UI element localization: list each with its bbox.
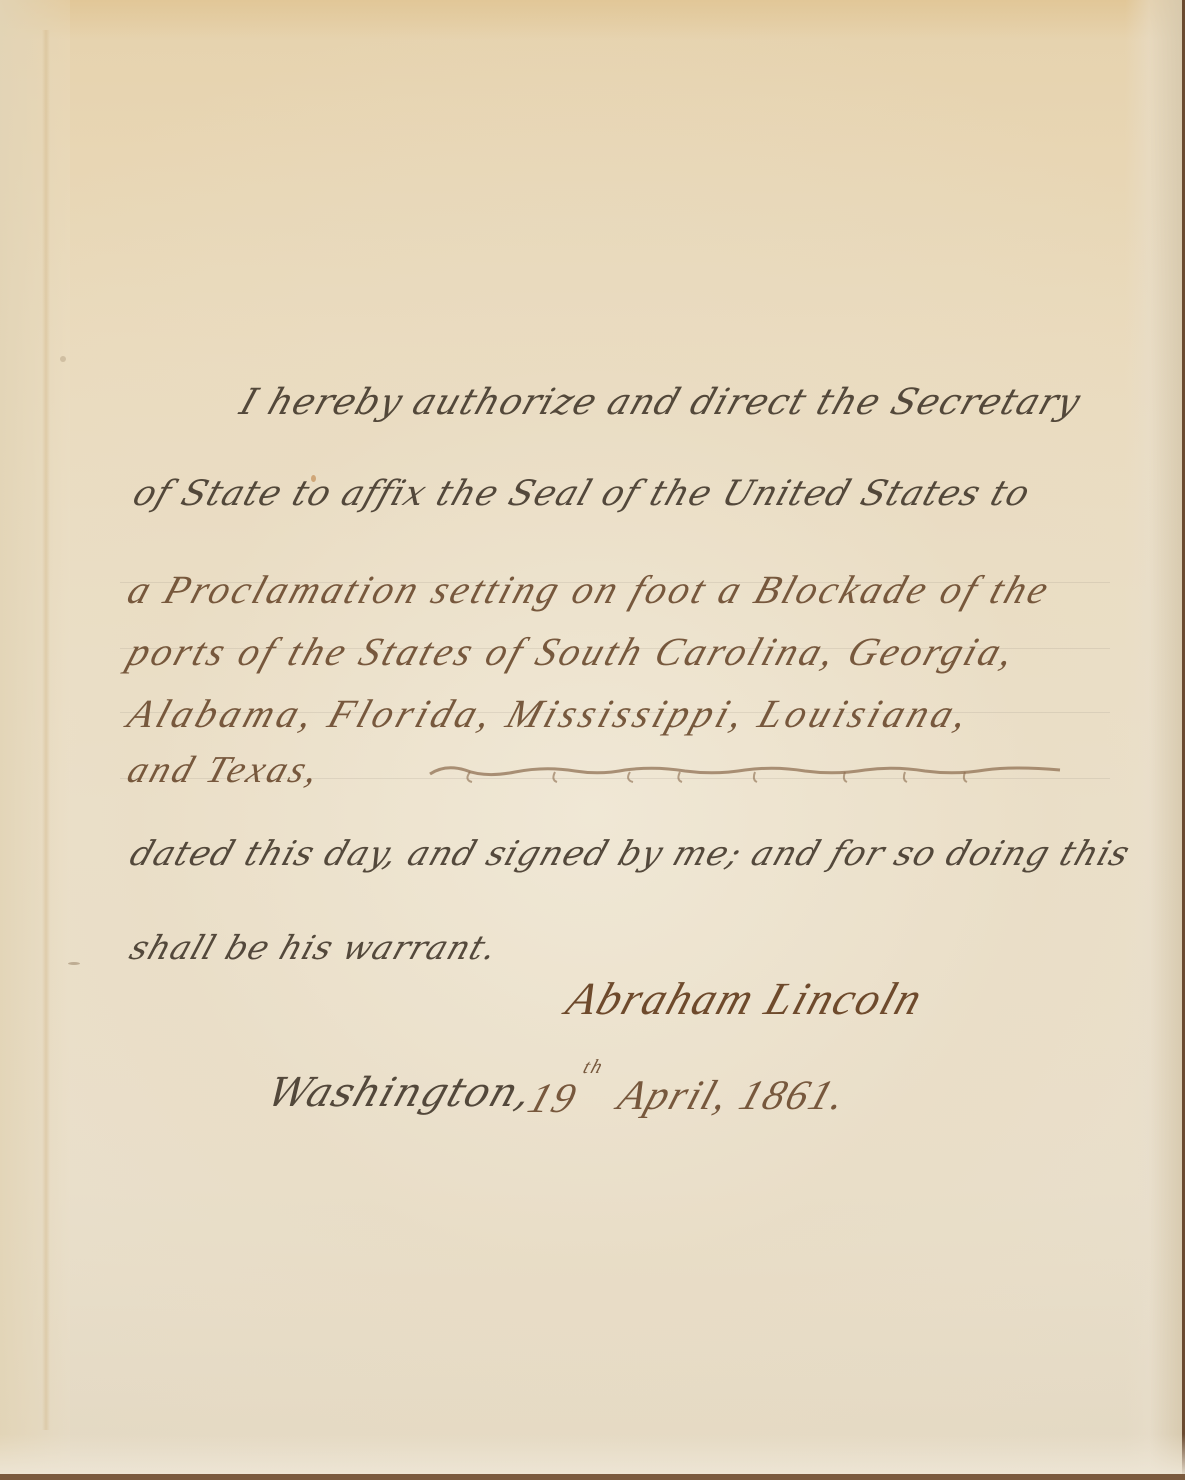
text-line-6: and Texas, (122, 748, 327, 792)
text-line-1: I hereby authorize and direct the Secret… (235, 382, 1086, 423)
dateline-month-year: April, 1861. (612, 1072, 853, 1120)
frame-bottom-edge (0, 1474, 1185, 1480)
signature: Abraham Lincoln (560, 972, 931, 1025)
line-fill-flourish (425, 760, 1065, 790)
paper-top-edge (0, 0, 1185, 40)
text-line-4: ports of the States of South Carolina, G… (122, 628, 1023, 675)
document-page: I hereby authorize and direct the Secret… (0, 0, 1185, 1480)
dateline-day-suffix: th (580, 1056, 607, 1079)
paper-bottom-fade (0, 1434, 1185, 1474)
text-line-3: a Proclamation setting on foot a Blockad… (122, 566, 1057, 613)
text-line-7: dated this day, and signed by me; and fo… (125, 834, 1135, 874)
text-line-5: Alabama, Florida, Mississippi, Louisiana… (122, 690, 978, 737)
text-line-2: of State to affix the Seal of the United… (128, 474, 1035, 514)
ink-mark (68, 962, 80, 965)
text-line-8: shall be his warrant. (125, 928, 503, 967)
paper-spot (60, 356, 66, 362)
paper-fold-line (42, 30, 50, 1430)
paper-right-edge (1125, 0, 1185, 1480)
paper-left-edge (0, 0, 70, 1480)
dateline-place: Washington, (262, 1070, 539, 1116)
